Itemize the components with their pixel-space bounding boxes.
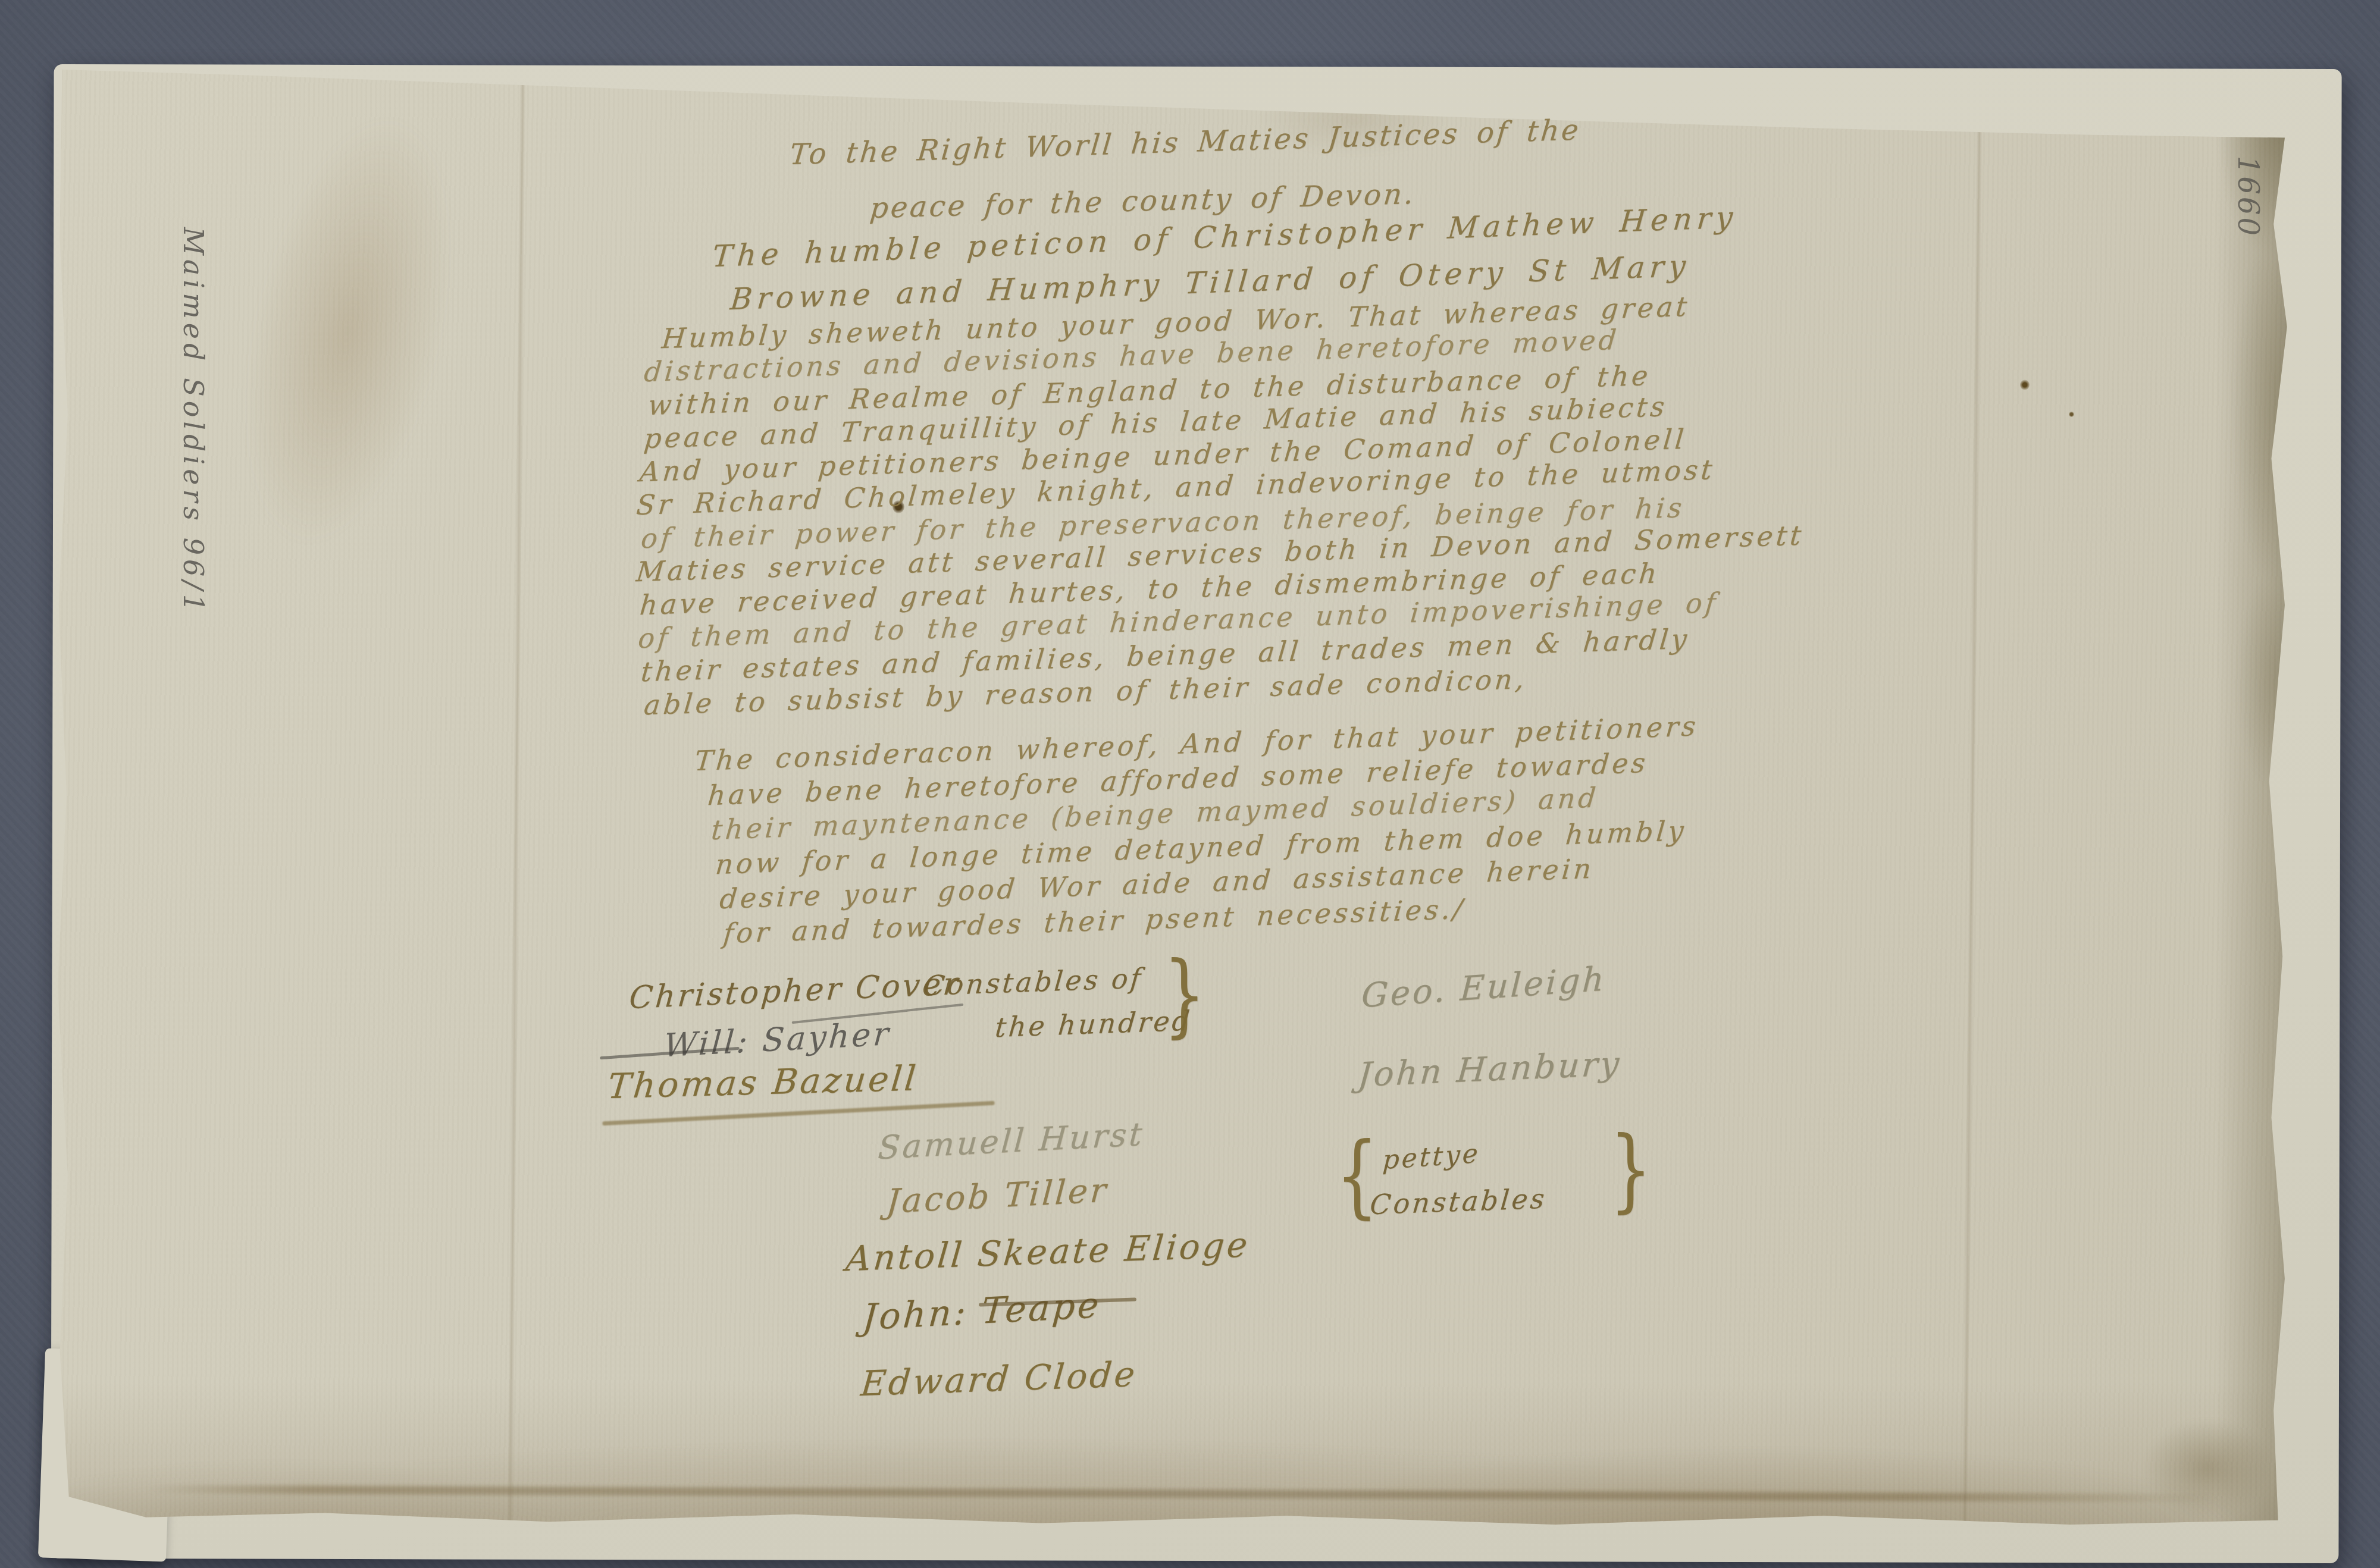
petty-constables-label: Constables: [1368, 1183, 1548, 1221]
signature-antoll-skeate: Antoll Skeate Elioge: [844, 1224, 1251, 1279]
signature-john-hanbury: John Hanbury: [1357, 1045, 1623, 1095]
signature-christopher-cover: Christopher Cover: [628, 966, 962, 1017]
top-right-year-annotation: 1660: [2231, 156, 2265, 238]
petty-constables-label: pettye: [1382, 1139, 1481, 1176]
signature-will-sayher: Will: Sayher: [663, 1015, 892, 1064]
signature-samuell-hurst: Samuell Hurst: [877, 1115, 1146, 1167]
signature-geo-euleigh: Geo. Euleigh: [1361, 959, 1607, 1015]
address-line: To the Right Worll his Maties Justices o…: [788, 113, 1582, 171]
signature-john-teape: John: Teape: [861, 1284, 1103, 1338]
signature-jacob-tiller: Jacob Tiller: [885, 1171, 1110, 1221]
manuscript-text-layer: Maimed Soldiers 96/1 1660 To the Right W…: [0, 0, 2380, 1568]
petty-constables-brace-close: }: [1609, 1118, 1652, 1222]
left-margin-annotation: Maimed Soldiers 96/1: [177, 227, 209, 616]
signature-thomas-bazuell: Thomas Bazuell: [606, 1058, 920, 1106]
hundred-brace: }: [1163, 943, 1205, 1048]
signature-edward-clode: Edward Clode: [859, 1354, 1139, 1404]
hundred-constables-label: Constables of: [922, 962, 1144, 1002]
